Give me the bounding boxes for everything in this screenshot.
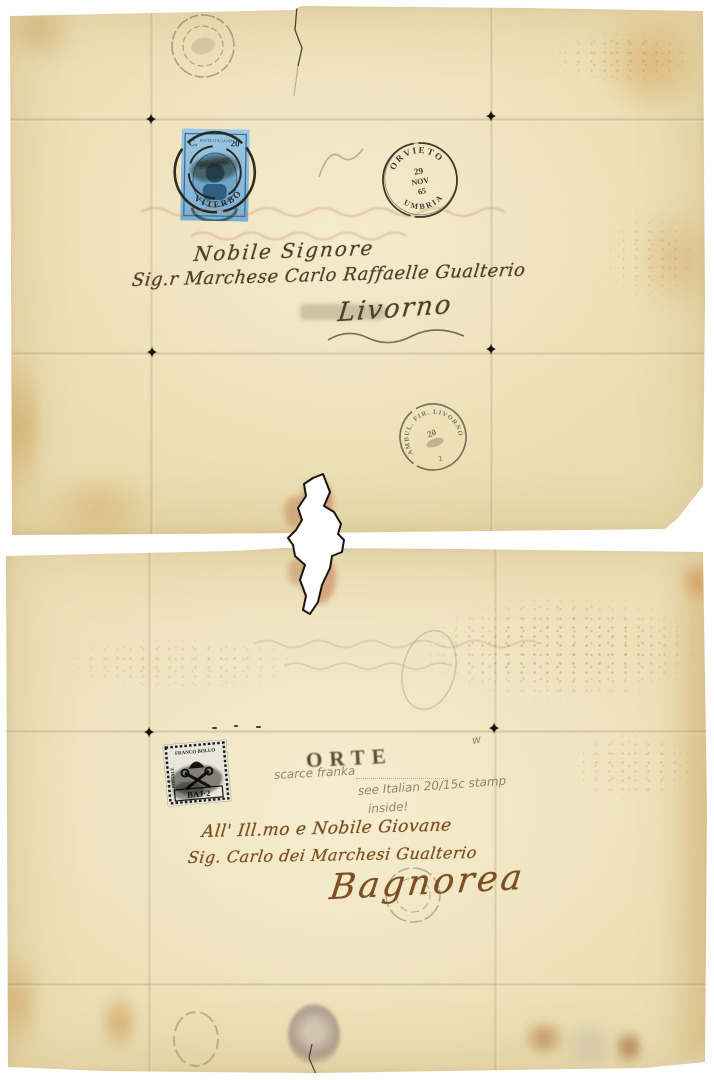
fold-line	[4, 983, 711, 987]
signature-flourish	[324, 326, 469, 348]
paper-tear-crack	[304, 1042, 328, 1076]
faint-seal-ring	[170, 1008, 222, 1070]
pinhole-mark: ✦	[488, 722, 501, 737]
brown-smudge	[616, 1024, 642, 1070]
foxing-stain	[591, 6, 713, 118]
tan-stain	[104, 980, 134, 1064]
pinhole-mark: ✦	[146, 346, 159, 361]
foxing-stain	[0, 926, 34, 1076]
pencil-note-3: inside!	[368, 799, 409, 816]
pinhole-mark: ✦	[143, 726, 156, 741]
address-line-1: Nobile Signore	[193, 236, 376, 266]
ink-speck	[212, 727, 217, 729]
foxing-stain	[0, 0, 80, 62]
pinhole-mark: ✦	[145, 113, 158, 128]
fold-line	[148, 546, 152, 1076]
transit-date: 20	[426, 427, 438, 440]
ink-squiggle	[311, 139, 371, 189]
fold-line	[6, 352, 708, 356]
fold-line	[6, 118, 708, 122]
foxing-speckles	[564, 731, 704, 801]
pinhole-mark: ✦	[485, 110, 498, 125]
seal-tear-hole	[255, 450, 405, 640]
foxing-speckles	[604, 209, 699, 304]
pencil-mark: w	[471, 733, 482, 747]
svg-text:2: 2	[437, 454, 444, 463]
faint-arrival-postmark	[158, 1, 249, 92]
address-line-2: Sig.r Marchese Carlo Raffaelle Gualterio	[131, 260, 527, 291]
address-line-3: Livorno	[336, 290, 454, 328]
pinhole-mark: ✦	[485, 343, 498, 358]
papal-states-stamp-baj2: FRANCO BOLLO POSTALE BAJ·2	[162, 739, 231, 806]
pencil-note-1: scarce franka	[274, 764, 356, 782]
foxing-stain	[646, 184, 710, 334]
brown-smudge	[518, 1022, 570, 1054]
grey-smudge	[556, 1024, 622, 1064]
fold-line	[4, 730, 711, 734]
torn-hole-shape	[288, 474, 344, 614]
datestamp-month: NOV	[411, 175, 430, 187]
fold-line	[494, 546, 498, 1076]
ink-speck	[234, 725, 238, 727]
datestamp-year: 65	[417, 186, 426, 196]
address-line-1: All' Ill.mo e Nobile Giovane	[201, 815, 453, 842]
transit-number: 2	[437, 454, 444, 463]
photograph-two-postal-covers: ✦ ✦ ✦ ✦ C. 20 POSTE ITALIANE	[0, 0, 714, 1080]
foxing-speckles	[546, 30, 701, 85]
foxing-stain	[684, 552, 714, 612]
datestamp-day: 29	[413, 165, 424, 176]
ink-speck	[256, 726, 261, 728]
paper-tear-crack	[281, 4, 321, 104]
